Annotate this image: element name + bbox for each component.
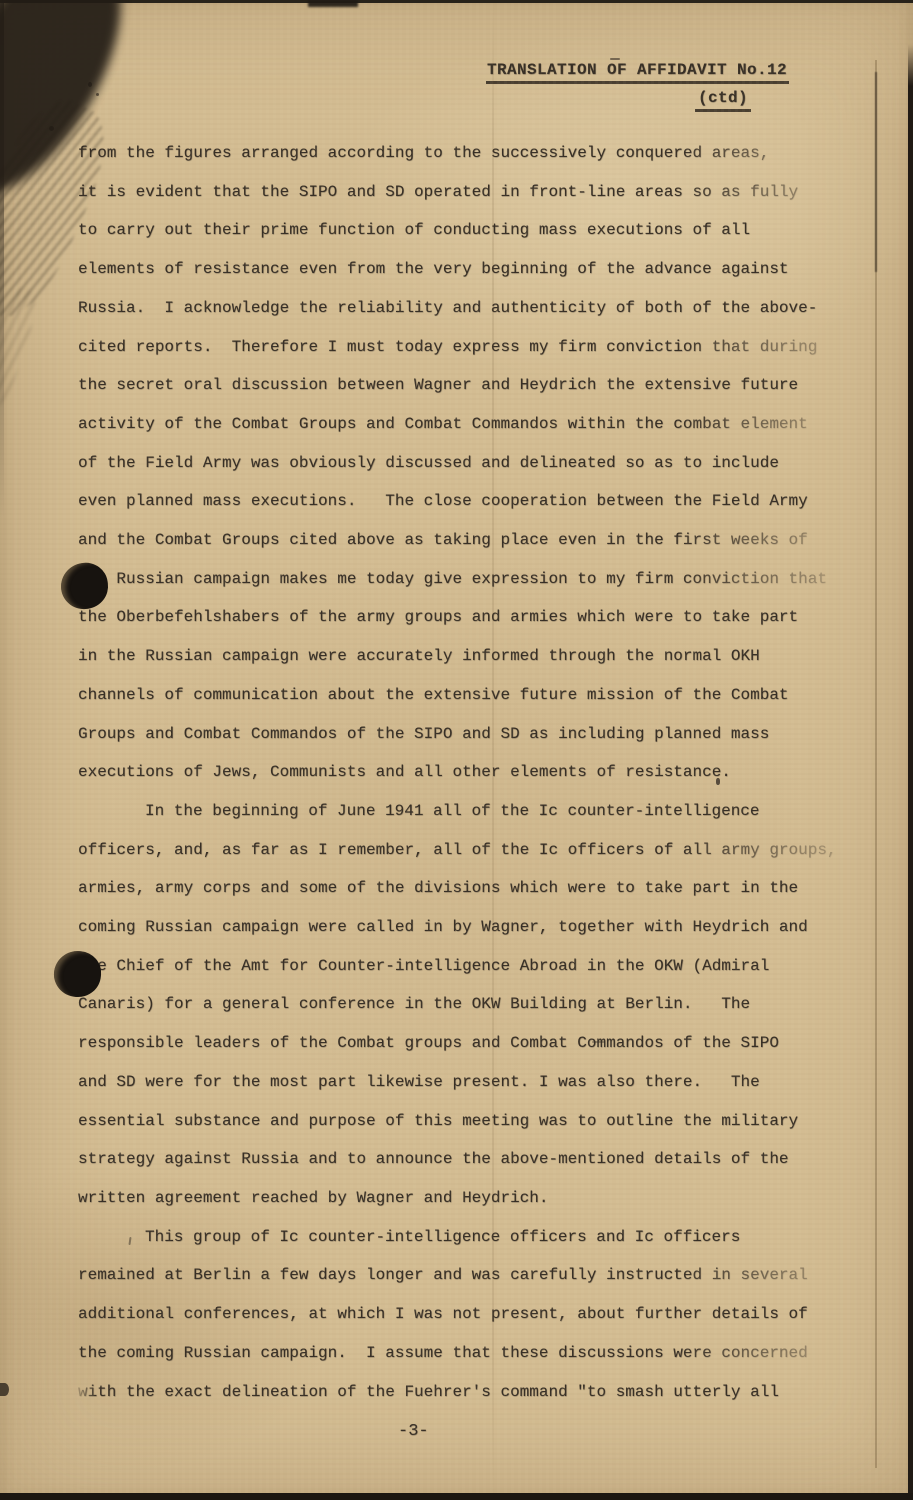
text-line: of the Field Army was obviously discusse… bbox=[78, 444, 868, 483]
text-line: remained at Berlin a few days longer and… bbox=[78, 1256, 868, 1295]
text-line: activity of the Combat Groups and Combat… bbox=[78, 405, 868, 444]
text-line: coming Russian campaign were called in b… bbox=[78, 908, 868, 947]
paper-crease-right-scratch bbox=[875, 72, 877, 272]
ink-speck bbox=[0, 1383, 9, 1396]
text-line: elements of resistance even from the ver… bbox=[78, 250, 868, 289]
text-line: even planned mass executions. The close … bbox=[78, 482, 868, 521]
ink-speck bbox=[610, 58, 620, 60]
text-line: to carry out their prime function of con… bbox=[78, 211, 868, 250]
text-line: strategy against Russia and to announce … bbox=[78, 1140, 868, 1179]
text-line: the secret oral discussion between Wagne… bbox=[78, 366, 868, 405]
text-line: with the exact delineation of the Fuehre… bbox=[78, 1373, 868, 1412]
text-line: additional conferences, at which I was n… bbox=[78, 1295, 868, 1334]
text-line: Russia. I acknowledge the reliability an… bbox=[78, 289, 868, 328]
ink-speck bbox=[96, 93, 99, 96]
text-line: Groups and Combat Commandos of the SIPO … bbox=[78, 715, 868, 754]
scan-edge-right bbox=[908, 44, 913, 1500]
document-title: TRANSLATION OF AFFIDAVIT No.12 bbox=[486, 61, 789, 84]
text-line: the Chief of the Amt for Counter-intelli… bbox=[78, 947, 868, 986]
ink-speck bbox=[716, 778, 720, 785]
text-line: In the beginning of June 1941 all of the… bbox=[78, 792, 868, 831]
text-line: executions of Jews, Communists and all o… bbox=[78, 753, 868, 792]
text-line: written agreement reached by Wagner and … bbox=[78, 1179, 868, 1218]
text-line: armies, army corps and some of the divis… bbox=[78, 869, 868, 908]
scan-edge-top-blob bbox=[308, 0, 358, 7]
text-line: Canaris) for a general conference in the… bbox=[78, 985, 868, 1024]
text-line: officers, and, as far as I remember, all… bbox=[78, 831, 868, 870]
paper-crease-center bbox=[492, 0, 494, 1500]
text-line: channels of communication about the exte… bbox=[78, 676, 868, 715]
document-body: from the figures arranged according to t… bbox=[78, 134, 868, 1411]
text-line: the Russian campaign makes me today give… bbox=[78, 560, 868, 599]
text-line: cited reports. Therefore I must today ex… bbox=[78, 328, 868, 367]
text-line: the Oberbefehlshabers of the army groups… bbox=[78, 598, 868, 637]
scan-edge-top bbox=[0, 0, 913, 3]
text-line: responsible leaders of the Combat groups… bbox=[78, 1024, 868, 1063]
continuation-label: (ctd) bbox=[695, 89, 751, 112]
ink-speck bbox=[592, 1041, 605, 1043]
text-line: the coming Russian campaign. I assume th… bbox=[78, 1334, 868, 1373]
page-number: -3- bbox=[398, 1422, 429, 1441]
text-line: in the Russian campaign were accurately … bbox=[78, 637, 868, 676]
text-line: and SD were for the most part likewise p… bbox=[78, 1063, 868, 1102]
text-line: from the figures arranged according to t… bbox=[78, 134, 868, 173]
affidavit-page: TRANSLATION OF AFFIDAVIT No.12 (ctd) fro… bbox=[0, 0, 913, 1500]
text-line: This group of Ic counter-intelligence of… bbox=[78, 1218, 868, 1257]
scan-edge-bottom bbox=[0, 1493, 913, 1500]
text-line: and the Combat Groups cited above as tak… bbox=[78, 521, 868, 560]
text-line: essential substance and purpose of this … bbox=[78, 1102, 868, 1141]
text-line: it is evident that the SIPO and SD opera… bbox=[78, 173, 868, 212]
